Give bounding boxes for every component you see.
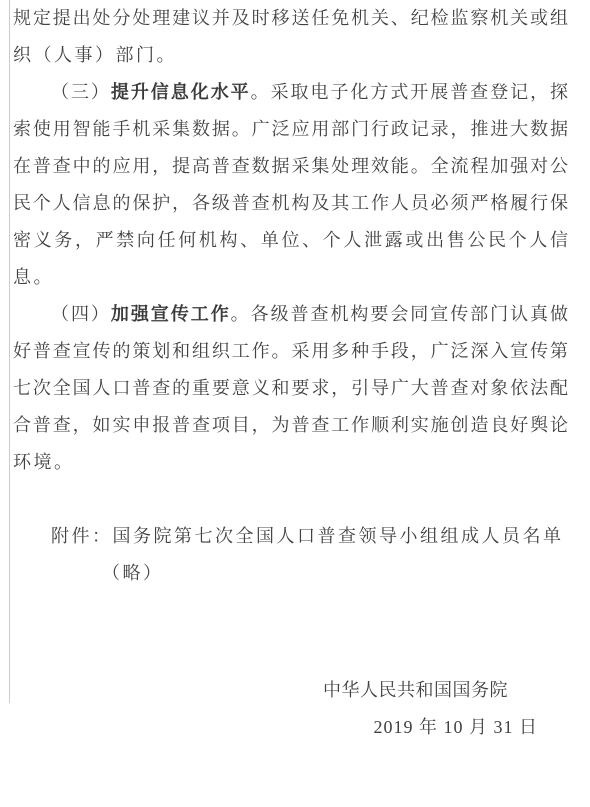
body-line: 密义务，严禁向任何机构、单位、个人泄露或出售公民个人信 bbox=[13, 222, 568, 259]
body-line: 在普查中的应用，提高普查数据采集处理效能。全流程加强对公 bbox=[13, 148, 568, 185]
body-line: 索使用智能手机采集数据。广泛应用部门行政记录，推进大数据 bbox=[13, 111, 568, 148]
section-four-title: 加强宣传工作 bbox=[111, 304, 231, 324]
section-three-heading-line: （三）提升信息化水平。采取电子化方式开展普查登记，探 bbox=[13, 74, 568, 111]
body-line: 息。 bbox=[13, 259, 568, 296]
body-line: 七次全国人口普查的重要意义和要求，引导广大普查对象依法配 bbox=[13, 370, 568, 407]
section-three-lead-text: 。采取电子化方式开展普查登记，探 bbox=[251, 82, 568, 102]
section-four-heading-line: （四）加强宣传工作。各级普查机构要会同宣传部门认真做 bbox=[13, 296, 568, 333]
section-three-title: 提升信息化水平 bbox=[111, 82, 251, 102]
body-line: 环境。 bbox=[13, 444, 568, 481]
body-line: 织（人事）部门。 bbox=[13, 37, 568, 74]
attachment-label-line: 附件：国务院第七次全国人口普查领导小组组成人员名单 bbox=[13, 518, 568, 555]
section-four-lead-text: 。各级普查机构要会同宣传部门认真做 bbox=[231, 304, 568, 324]
document-page: 规定提出处分处理建议并及时移送任免机关、纪检监察机关或组 织（人事）部门。 （三… bbox=[0, 0, 590, 807]
signature-issuer: 中华人民共和国国务院 bbox=[13, 672, 568, 709]
document-body: 规定提出处分处理建议并及时移送任免机关、纪检监察机关或组 织（人事）部门。 （三… bbox=[13, 0, 568, 746]
section-three-number: （三） bbox=[51, 82, 111, 102]
body-line: 合普查，如实申报普查项目，为普查工作顺利实施创造良好舆论 bbox=[13, 407, 568, 444]
body-line: 民个人信息的保护，各级普查机构及其工作人员必须严格履行保 bbox=[13, 185, 568, 222]
attachment-omitted-note: （略） bbox=[13, 555, 568, 592]
signature-block: 中华人民共和国国务院 2019 年 10 月 31 日 bbox=[13, 672, 568, 746]
section-four-number: （四） bbox=[51, 304, 111, 324]
body-line: 规定提出处分处理建议并及时移送任免机关、纪检监察机关或组 bbox=[13, 0, 568, 37]
scan-artifact-line bbox=[9, 0, 10, 703]
signature-date: 2019 年 10 月 31 日 bbox=[13, 709, 568, 746]
body-line: 好普查宣传的策划和组织工作。采用多种手段，广泛深入宣传第 bbox=[13, 333, 568, 370]
attachment-block: 附件：国务院第七次全国人口普查领导小组组成人员名单 （略） bbox=[13, 518, 568, 592]
